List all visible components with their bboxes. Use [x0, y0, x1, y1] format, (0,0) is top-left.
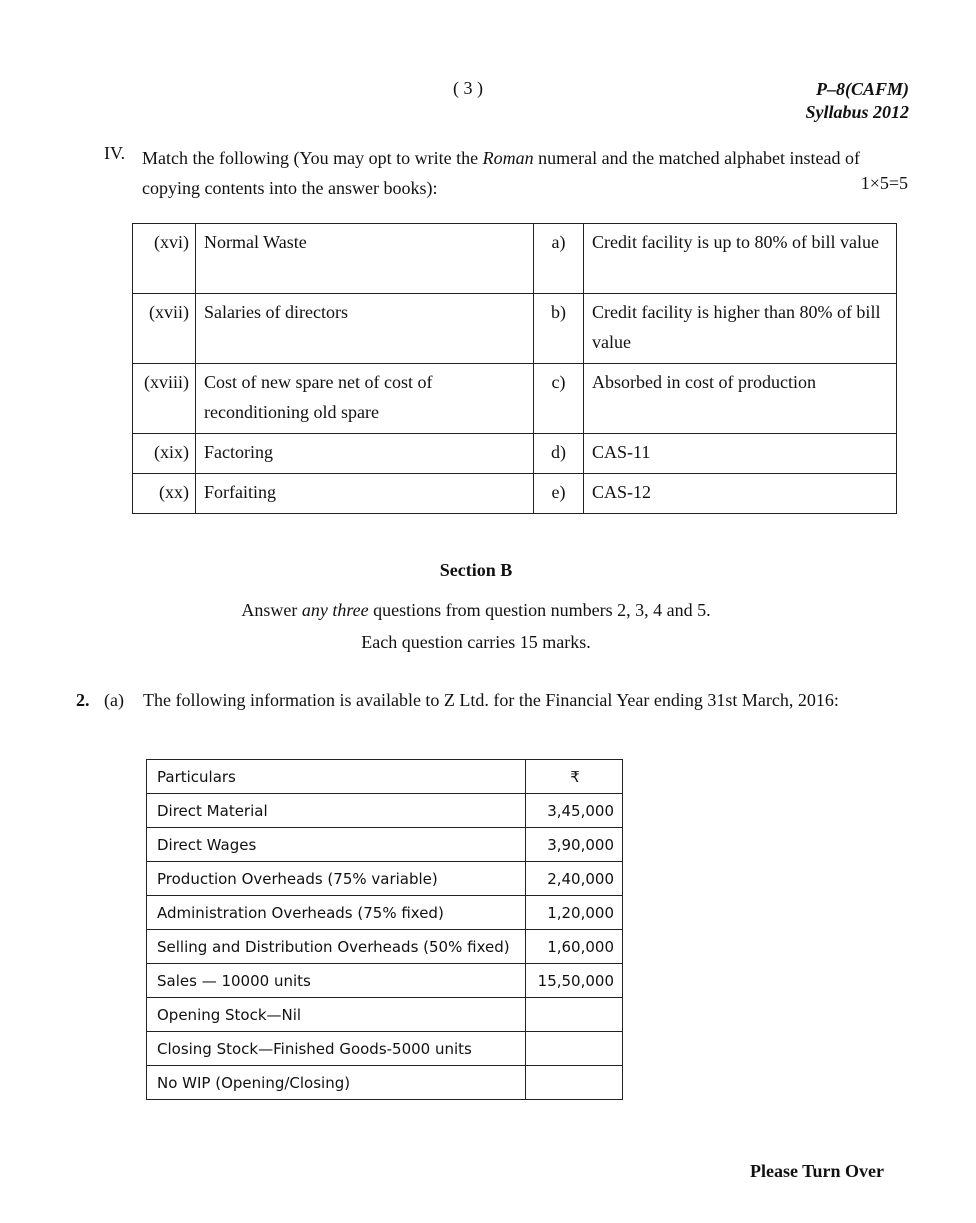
syllabus-year: Syllabus 2012 [805, 101, 909, 124]
amount-cell: 2,40,000 [526, 862, 623, 896]
section-title: Section B [0, 560, 952, 581]
question-2-subpart: (a) [104, 690, 124, 711]
instruction-part1: Answer [241, 600, 302, 620]
match-item: Normal Waste [196, 224, 534, 294]
particulars-cell: Direct Wages [147, 828, 526, 862]
table-row: Production Overheads (75% variable)2,40,… [147, 862, 623, 896]
please-turn-over: Please Turn Over [750, 1161, 884, 1182]
amount-cell: 15,50,000 [526, 964, 623, 998]
question-iv-marks: 1×5=5 [861, 173, 908, 194]
particulars-cell: Sales — 10000 units [147, 964, 526, 998]
table-row: Selling and Distribution Overheads (50% … [147, 930, 623, 964]
table-row: Opening Stock—Nil [147, 998, 623, 1032]
q4-text-italic: Roman [483, 148, 534, 168]
roman-numeral: (xviii) [133, 364, 196, 434]
table-row: Administration Overheads (75% fixed)1,20… [147, 896, 623, 930]
particulars-cell: Selling and Distribution Overheads (50% … [147, 930, 526, 964]
match-option: Credit facility is up to 80% of bill val… [584, 224, 897, 294]
table-row: (xix) Factoring d) CAS-11 [133, 434, 897, 474]
match-letter: c) [534, 364, 584, 434]
particulars-cell: Direct Material [147, 794, 526, 828]
header-particulars: Particulars [147, 760, 526, 794]
particulars-cell: Administration Overheads (75% fixed) [147, 896, 526, 930]
amount-cell [526, 998, 623, 1032]
table-row: Closing Stock—Finished Goods-5000 units [147, 1032, 623, 1066]
match-item: Salaries of directors [196, 294, 534, 364]
match-option: CAS-11 [584, 434, 897, 474]
match-table: (xvi) Normal Waste a) Credit facility is… [132, 223, 897, 514]
roman-numeral: (xix) [133, 434, 196, 474]
particulars-table: Particulars ₹ Direct Material3,45,000Dir… [146, 759, 623, 1100]
q4-text-part1: Match the following (You may opt to writ… [142, 148, 483, 168]
amount-cell: 1,60,000 [526, 930, 623, 964]
match-option: CAS-12 [584, 474, 897, 514]
amount-cell: 1,20,000 [526, 896, 623, 930]
particulars-cell: No WIP (Opening/Closing) [147, 1066, 526, 1100]
match-letter: e) [534, 474, 584, 514]
particulars-cell: Closing Stock—Finished Goods-5000 units [147, 1032, 526, 1066]
table-row: Sales — 10000 units15,50,000 [147, 964, 623, 998]
particulars-cell: Opening Stock—Nil [147, 998, 526, 1032]
amount-cell: 3,45,000 [526, 794, 623, 828]
roman-numeral: (xvii) [133, 294, 196, 364]
amount-cell [526, 1066, 623, 1100]
question-iv-number: IV. [104, 143, 125, 164]
paper-code: P–8(CAFM) [805, 78, 909, 101]
roman-numeral: (xx) [133, 474, 196, 514]
match-letter: b) [534, 294, 584, 364]
table-header-row: Particulars ₹ [147, 760, 623, 794]
question-iv-text: Match the following (You may opt to writ… [142, 143, 908, 203]
amount-cell: 3,90,000 [526, 828, 623, 862]
match-item: Forfaiting [196, 474, 534, 514]
table-row: Direct Wages3,90,000 [147, 828, 623, 862]
table-row: (xvii) Salaries of directors b) Credit f… [133, 294, 897, 364]
table-row: (xx) Forfaiting e) CAS-12 [133, 474, 897, 514]
match-item: Cost of new spare net of cost of recondi… [196, 364, 534, 434]
match-item: Factoring [196, 434, 534, 474]
table-row: (xvi) Normal Waste a) Credit facility is… [133, 224, 897, 294]
question-2-number: 2. [76, 690, 90, 711]
header-rupee-symbol: ₹ [526, 760, 623, 794]
table-row: No WIP (Opening/Closing) [147, 1066, 623, 1100]
match-option: Credit facility is higher than 80% of bi… [584, 294, 897, 364]
roman-numeral: (xvi) [133, 224, 196, 294]
instruction-part2: questions from question numbers 2, 3, 4 … [369, 600, 711, 620]
table-row: (xviii) Cost of new spare net of cost of… [133, 364, 897, 434]
table-row: Direct Material3,45,000 [147, 794, 623, 828]
section-marks-note: Each question carries 15 marks. [0, 632, 952, 653]
amount-cell [526, 1032, 623, 1066]
paper-code-block: P–8(CAFM) Syllabus 2012 [805, 78, 909, 124]
particulars-cell: Production Overheads (75% variable) [147, 862, 526, 896]
match-letter: a) [534, 224, 584, 294]
page-number: ( 3 ) [453, 78, 483, 99]
instruction-italic: any three [302, 600, 369, 620]
match-letter: d) [534, 434, 584, 474]
question-2-text: The following information is available t… [143, 690, 839, 711]
match-option: Absorbed in cost of production [584, 364, 897, 434]
section-instruction: Answer any three questions from question… [0, 600, 952, 621]
